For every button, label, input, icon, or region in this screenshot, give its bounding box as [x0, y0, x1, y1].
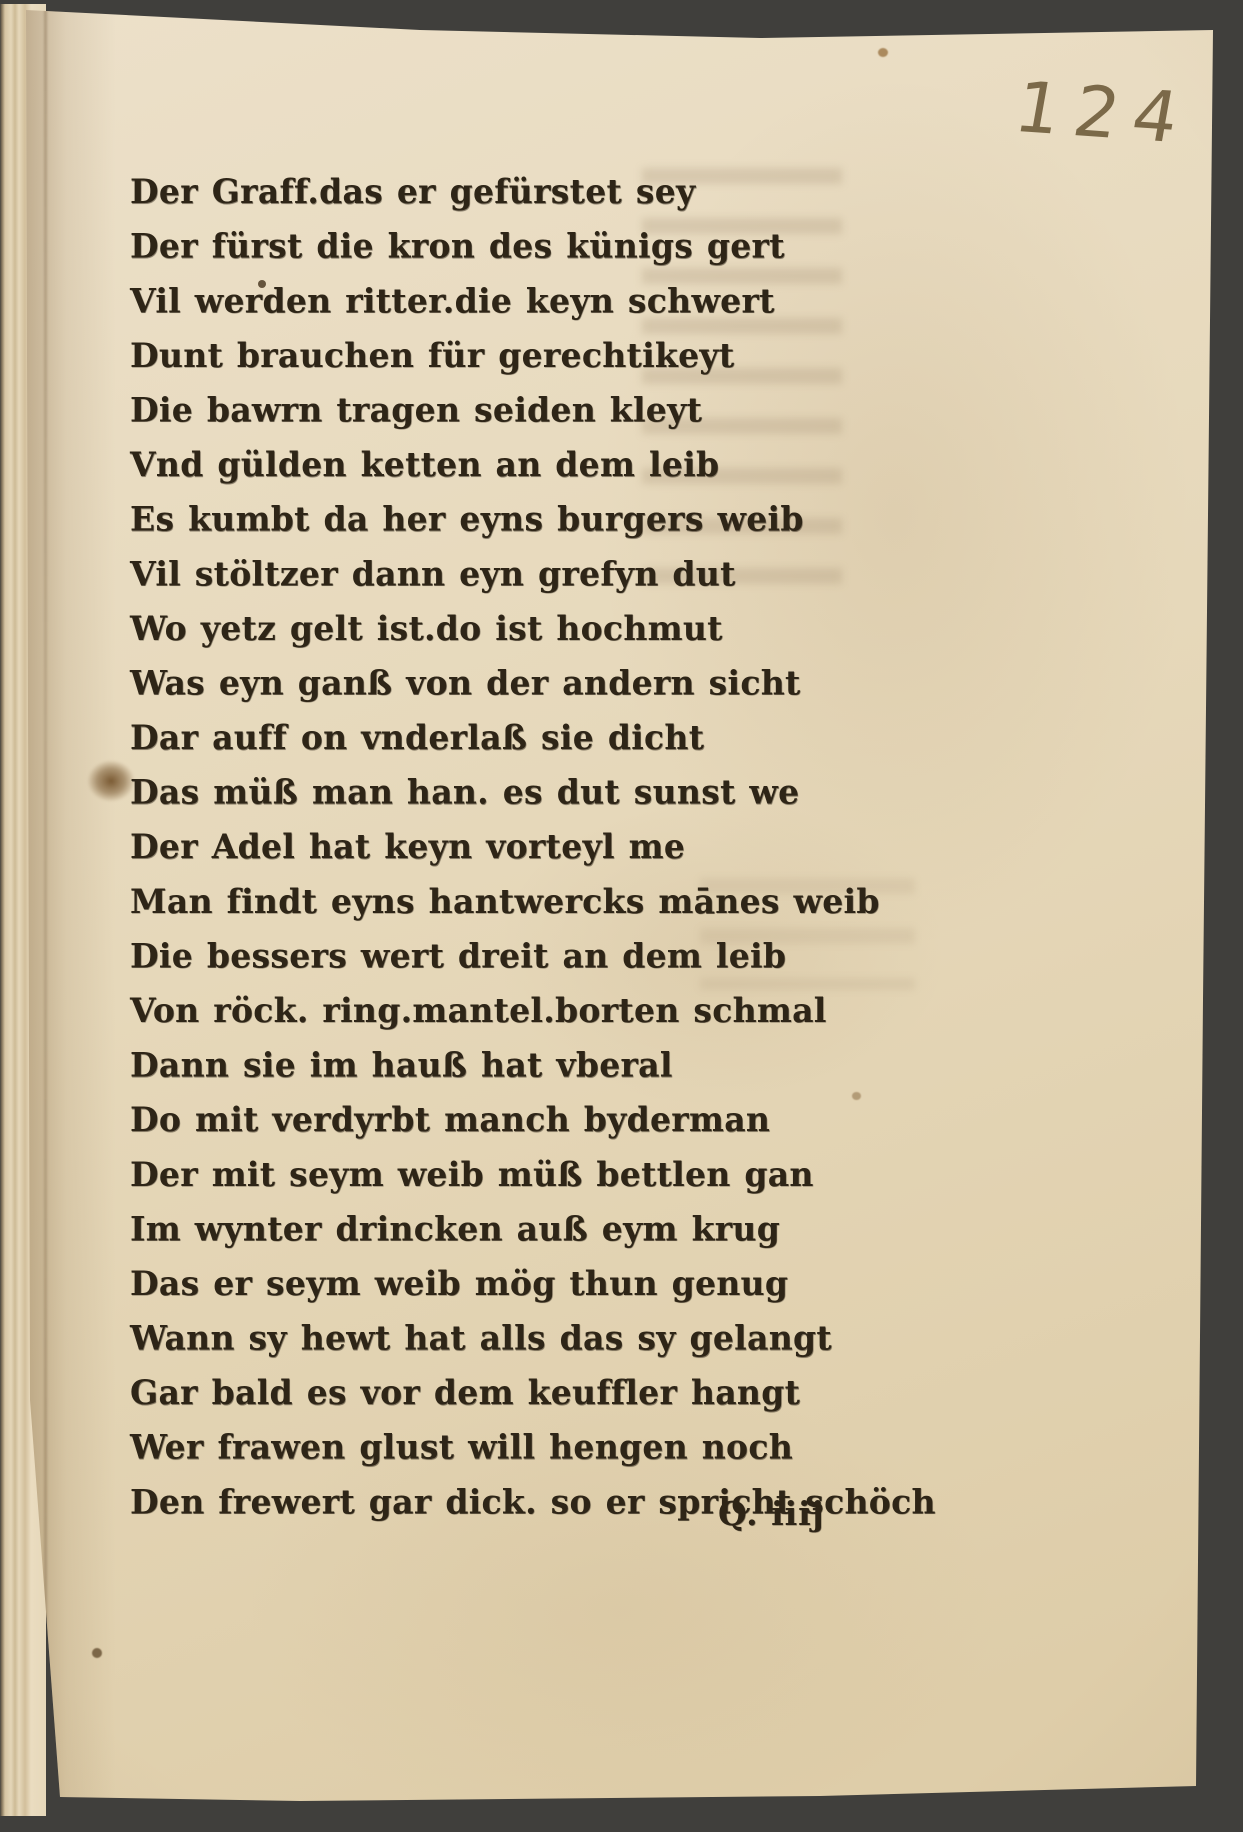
- book-page: 124 Der Graff.das er gefürstet sey Der f…: [0, 0, 1243, 1832]
- page-edge-toning: [0, 0, 1243, 1832]
